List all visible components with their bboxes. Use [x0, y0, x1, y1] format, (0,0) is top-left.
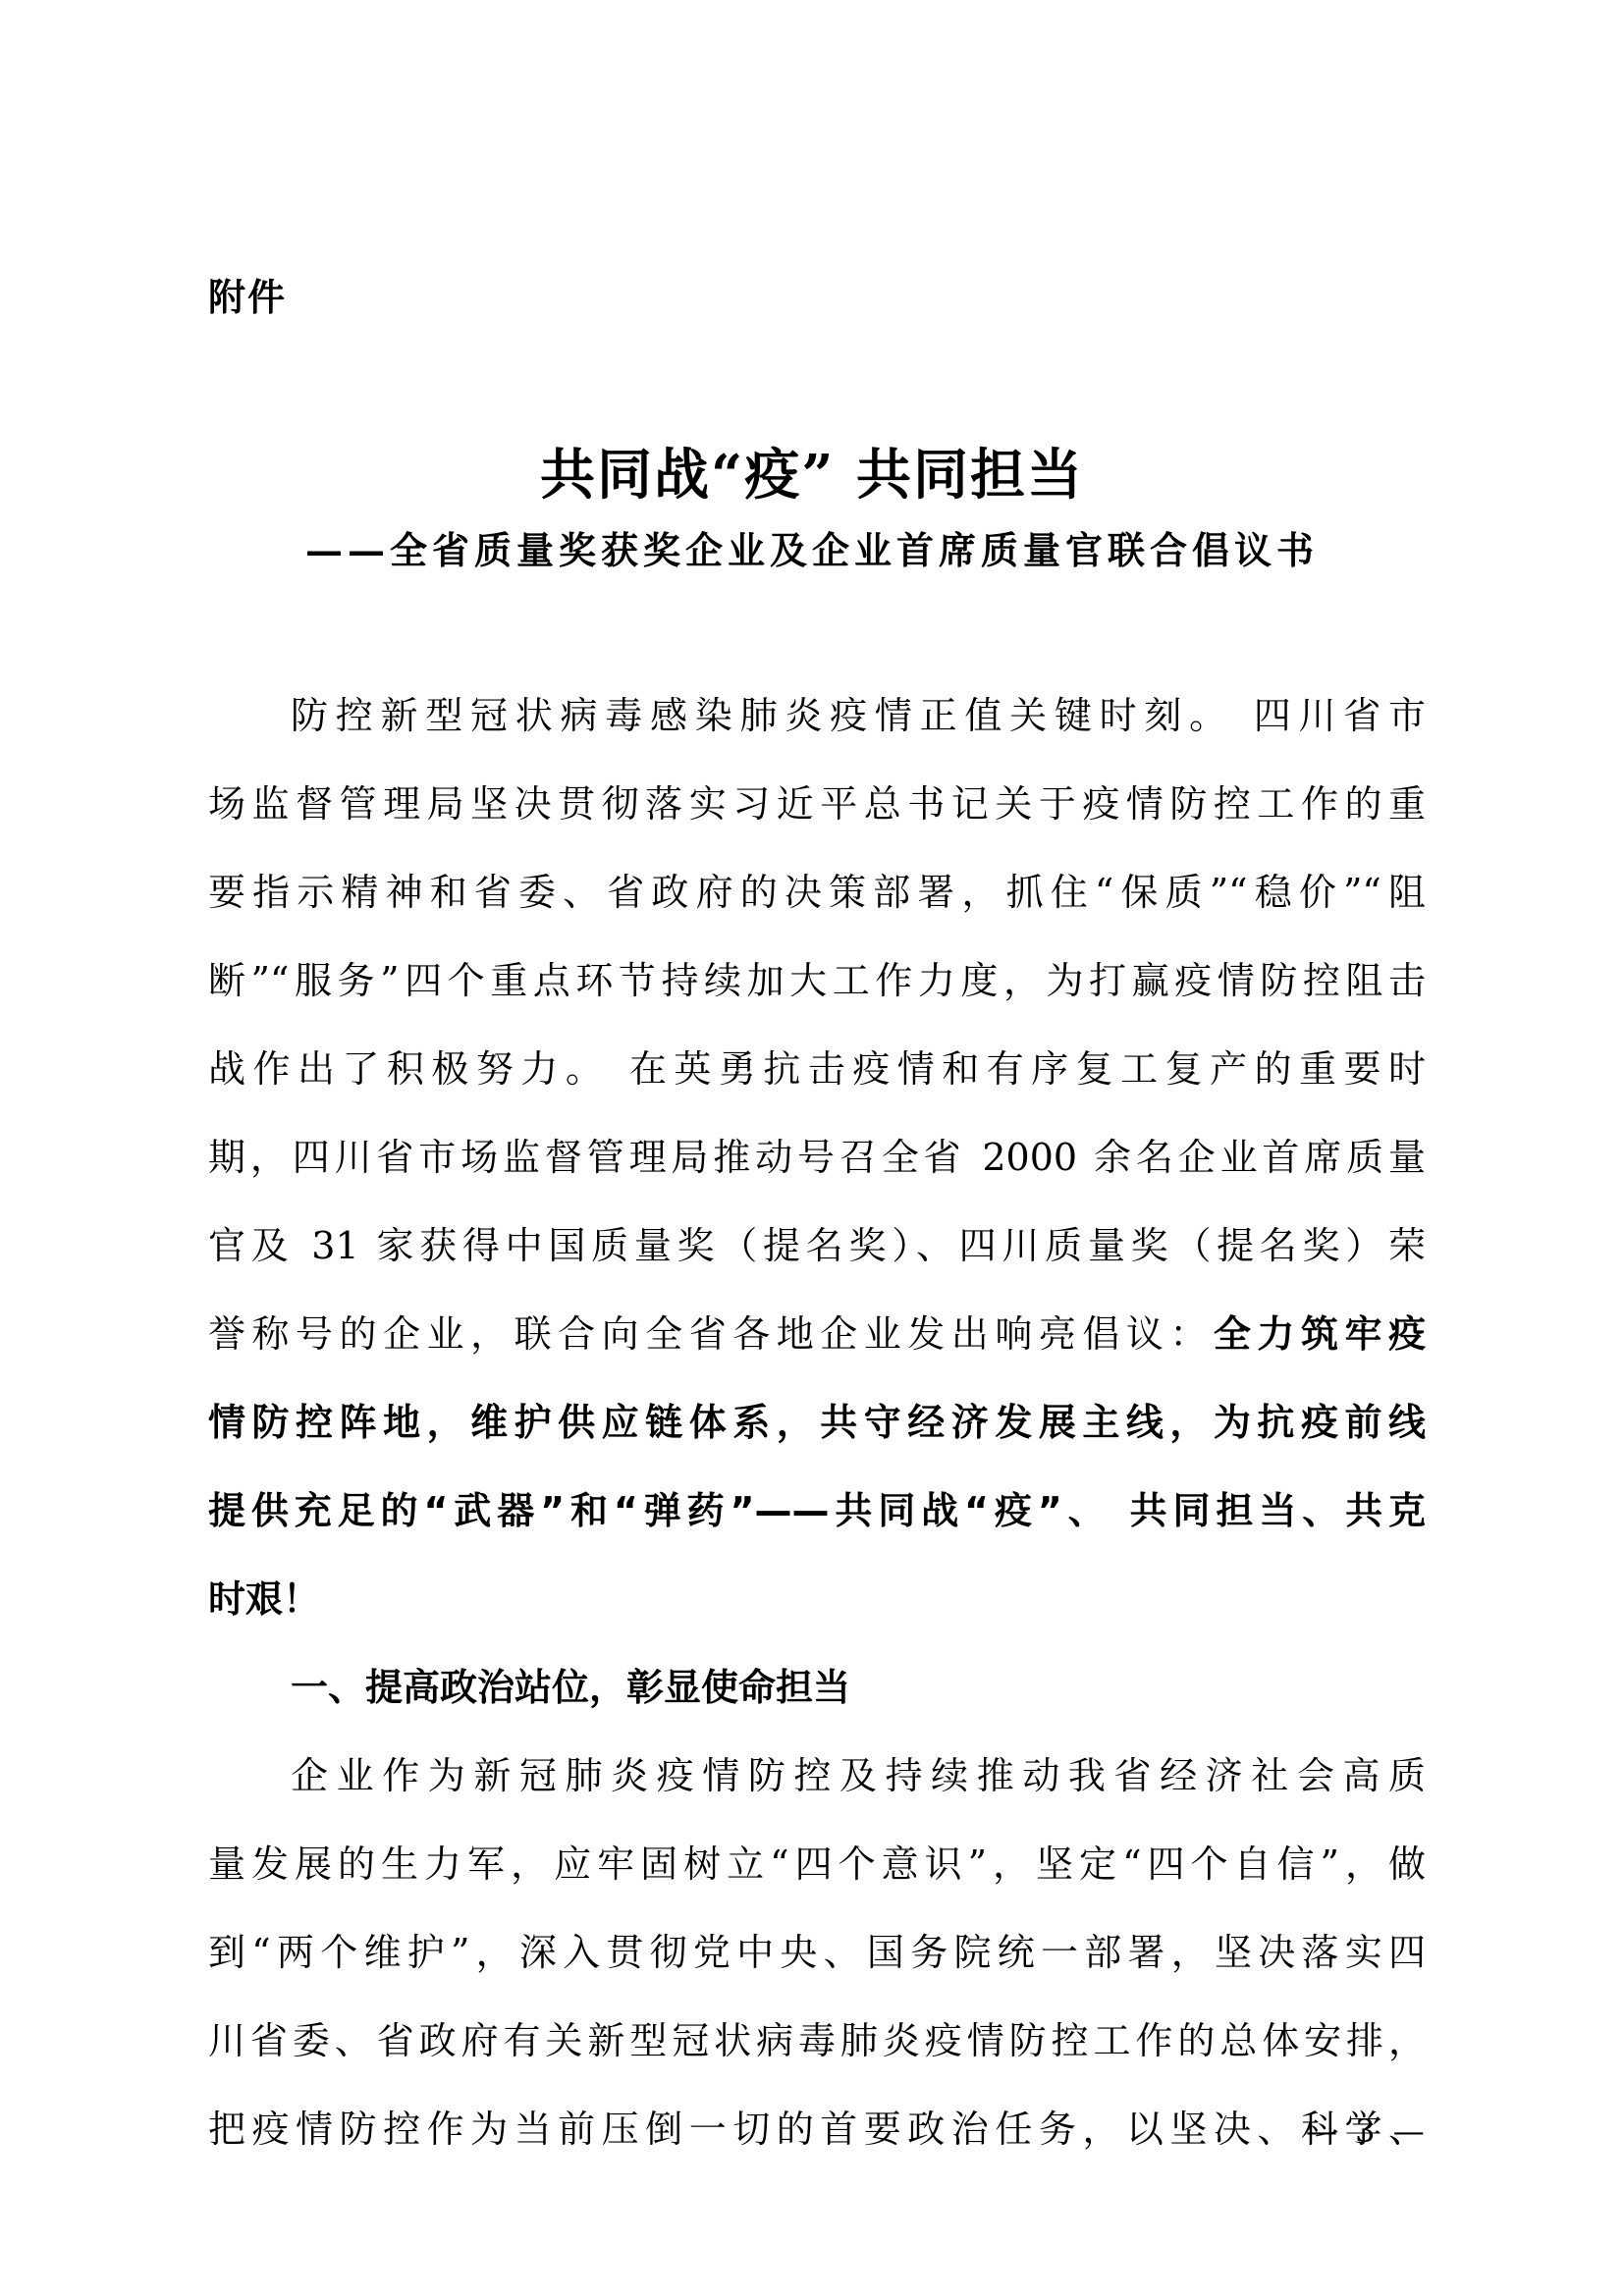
paragraph-line: 战作出了积极努力。 在英勇抗击疫情和有序复工复产的重要时: [208, 1025, 1426, 1113]
emphasis-line: 时艰！: [208, 1555, 1426, 1643]
paragraph-line: 场监督管理局坚决贯彻落实习近平总书记关于疫情防控工作的重: [208, 760, 1426, 848]
paragraph-line: 期，四川省市场监督管理局推动号召全省 2000 余名企业首席质量: [208, 1113, 1426, 1201]
emphasis-line: 情防控阵地，维护供应链体系，共守经济发展主线，为抗疫前线: [208, 1378, 1426, 1467]
paragraph-line: 断”“服务”四个重点环节持续加大工作力度，为打赢疫情防控阻击: [208, 936, 1426, 1025]
emphasis-text: 全力筑牢疫: [1214, 1312, 1426, 1356]
paragraph-line: 把疫情防控作为当前压倒一切的首要政治任务，以坚决、科学、: [208, 2085, 1426, 2173]
page-number: — 3 —: [1306, 2112, 1429, 2150]
document-subtitle: ——全省质量奖获奖企业及企业首席质量官联合倡议书: [0, 520, 1624, 574]
attachment-label: 附件: [208, 267, 287, 321]
document-page: 附件 共同战“疫” 共同担当 ——全省质量奖获奖企业及企业首席质量官联合倡议书 …: [0, 0, 1624, 2296]
paragraph-line-mixed: 誉称号的企业，联合向全省各地企业发出响亮倡议：全力筑牢疫: [208, 1290, 1426, 1378]
paragraph-line: 企业作为新冠肺炎疫情防控及持续推动我省经济社会高质: [208, 1732, 1426, 1820]
emphasis-line: 提供充足的“武器”和“弹药”——共同战“疫”、 共同担当、共克: [208, 1467, 1426, 1555]
paragraph-line: 要指示精神和省委、省政府的决策部署，抓住“保质”“稳价”“阻: [208, 848, 1426, 936]
paragraph-line: 官及 31 家获得中国质量奖（提名奖）、四川质量奖（提名奖）荣: [208, 1201, 1426, 1290]
paragraph-line: 到“两个维护”，深入贯彻党中央、国务院统一部署，坚决落实四: [208, 1908, 1426, 1997]
section-heading: 一、提高政治站位，彰显使命担当: [208, 1643, 1426, 1732]
document-title: 共同战“疫” 共同担当: [0, 432, 1624, 510]
document-body: 防控新型冠状病毒感染肺炎疫情正值关键时刻。 四川省市 场监督管理局坚决贯彻落实习…: [208, 671, 1426, 2173]
paragraph-line: 量发展的生力军，应牢固树立“四个意识”，坚定“四个自信”，做: [208, 1820, 1426, 1908]
normal-text: 誉称号的企业，联合向全省各地企业发出响亮倡议：: [208, 1312, 1214, 1356]
paragraph-line: 防控新型冠状病毒感染肺炎疫情正值关键时刻。 四川省市: [208, 671, 1426, 760]
paragraph-line: 川省委、省政府有关新型冠状病毒肺炎疫情防控工作的总体安排，: [208, 1997, 1426, 2085]
